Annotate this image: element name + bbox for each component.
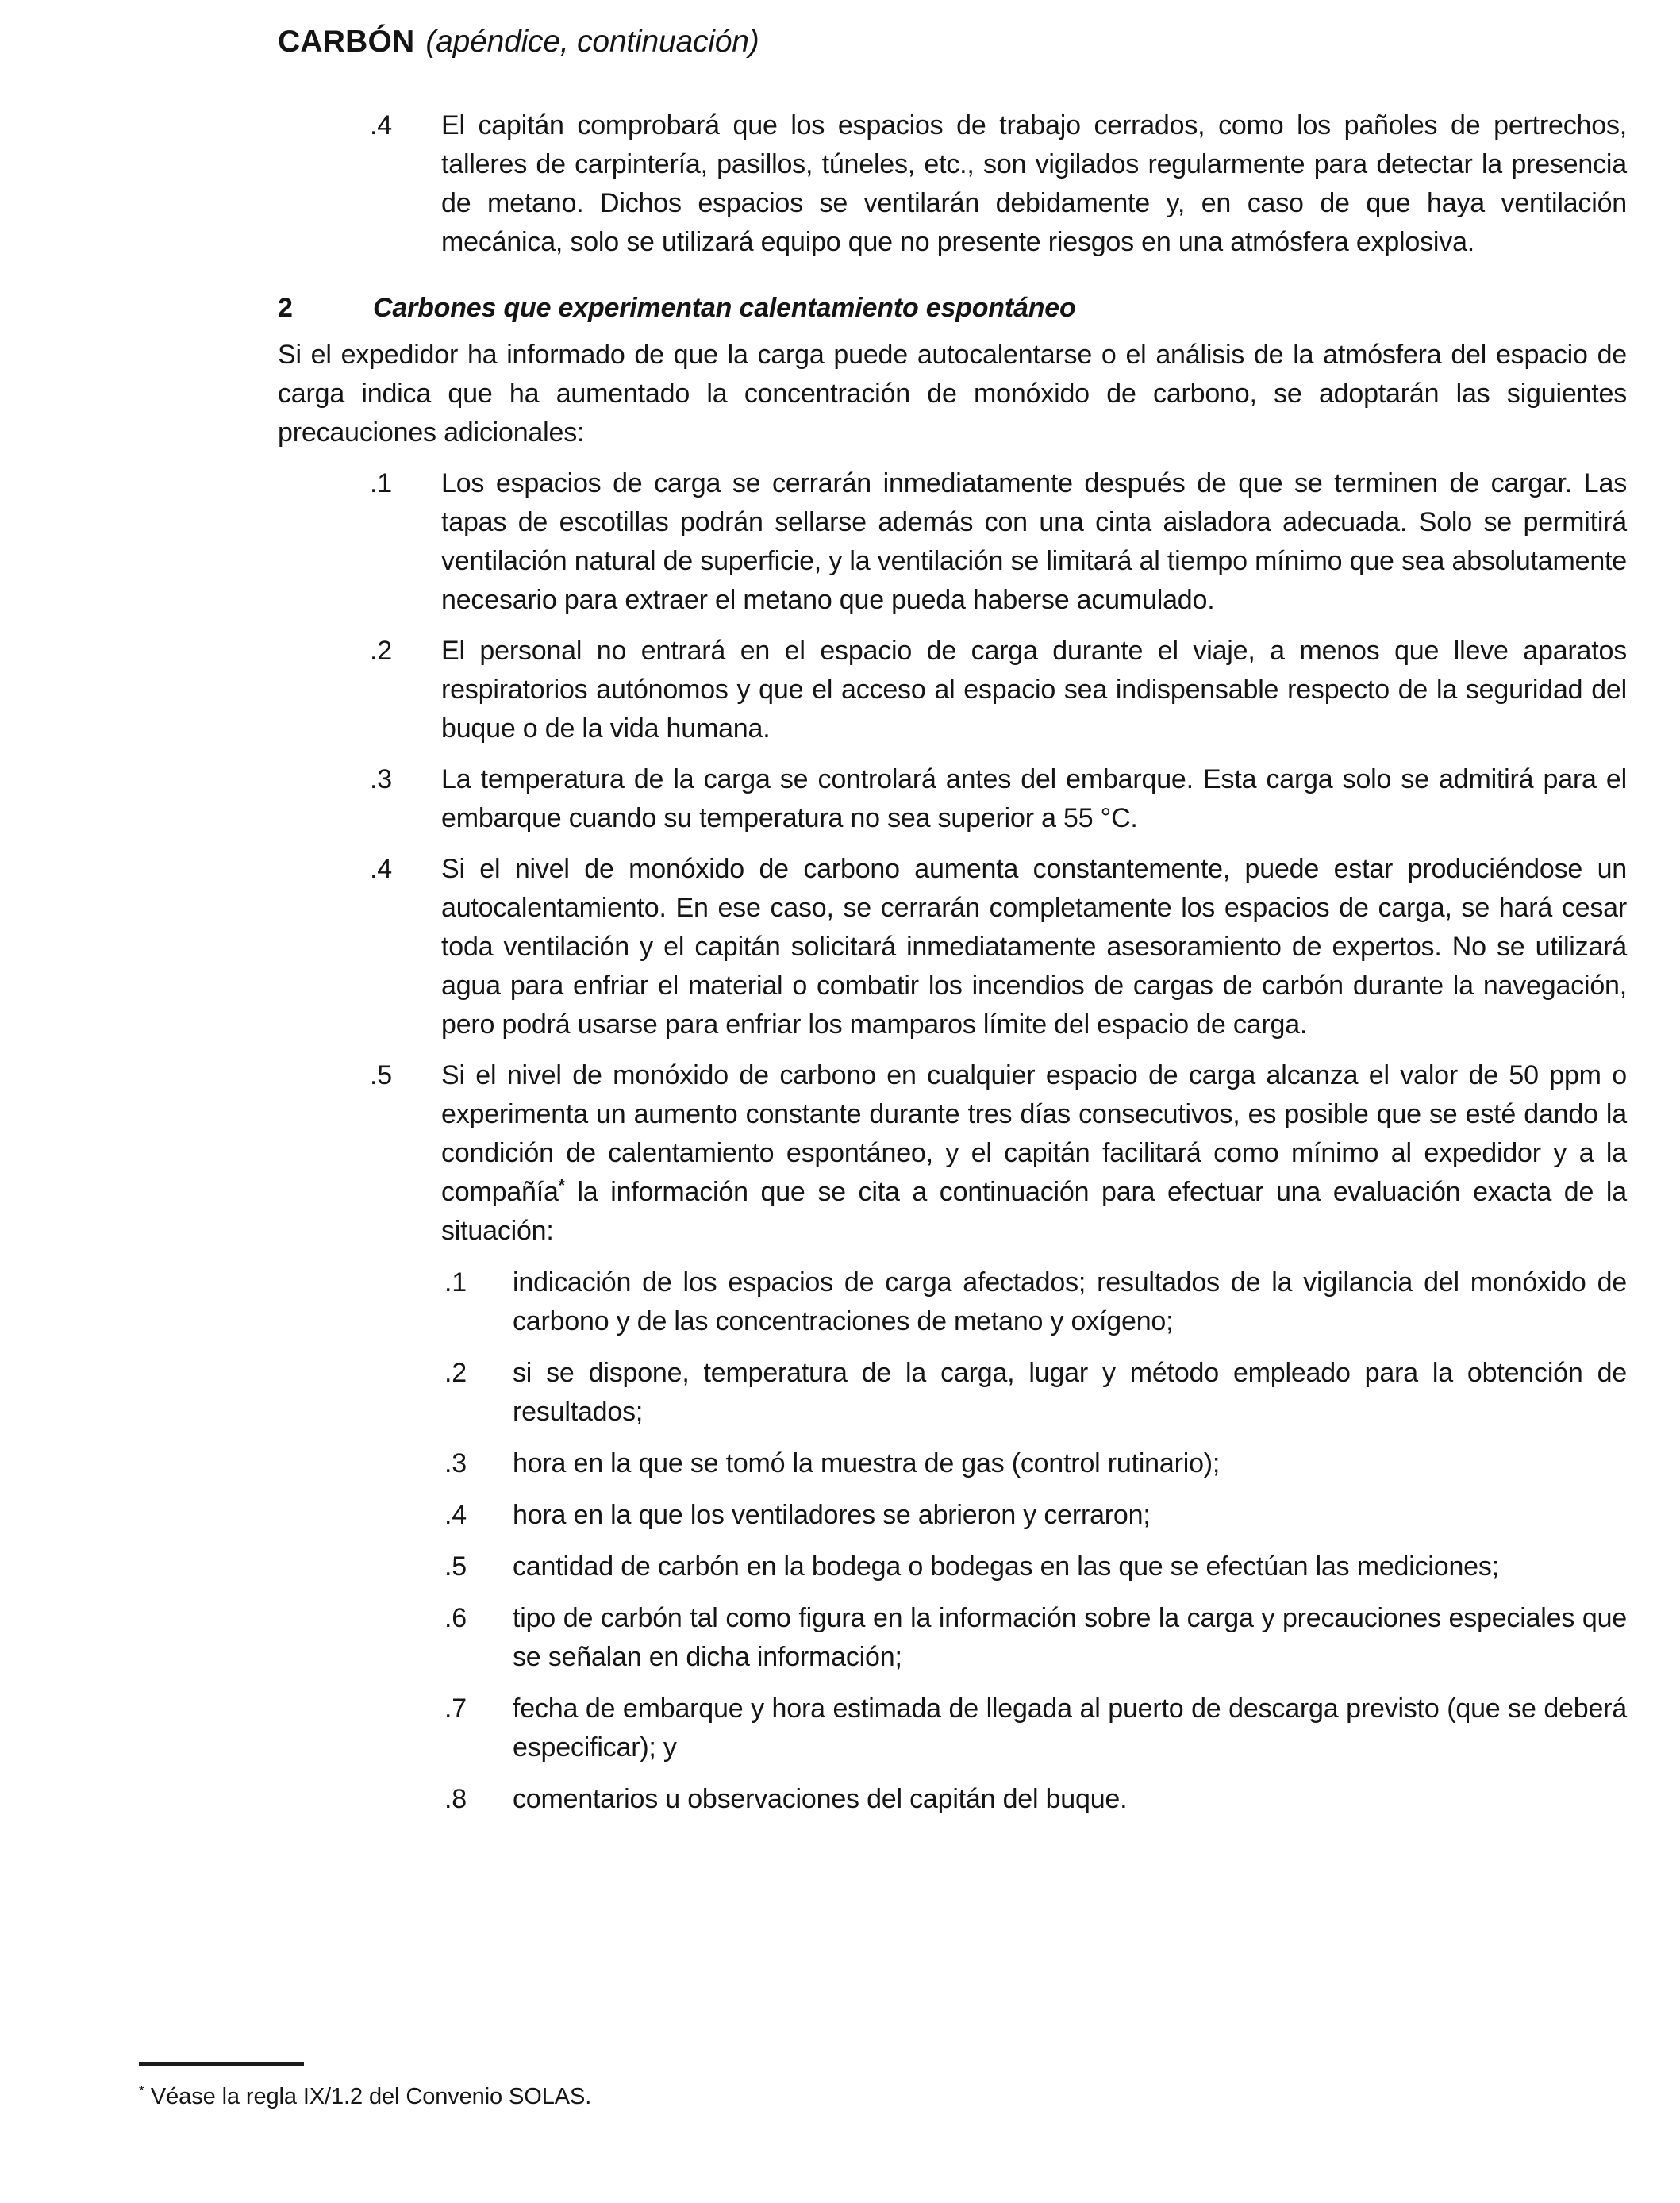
list-item: .4 El capitán comprobará que los espacio… — [278, 106, 1627, 262]
page-title-subtitle: (apéndice, continuación) — [425, 25, 759, 59]
list-item-text: fecha de embarque y hora estimada de lle… — [513, 1694, 1627, 1763]
list-item-text: tipo de carbón tal como figura en la inf… — [513, 1603, 1627, 1672]
list-item-marker: .1 — [444, 1263, 467, 1302]
list-item-text: hora en la que los ventiladores se abrie… — [513, 1500, 1151, 1530]
list-item: .4 hora en la que los ventiladores se ab… — [278, 1496, 1627, 1535]
list-item: .1 Los espacios de carga se cerrarán inm… — [278, 464, 1627, 620]
page-title: CARBÓN(apéndice, continuación) — [278, 21, 1627, 63]
list-item: .4 Si el nivel de monóxido de carbono au… — [278, 850, 1627, 1044]
list-item-marker: .7 — [444, 1690, 467, 1728]
list-item-marker: .5 — [444, 1547, 467, 1586]
footnote-divider — [139, 2062, 304, 2066]
list-item-text: comentarios u observaciones del capitán … — [513, 1784, 1127, 1814]
list-item: .7 fecha de embarque y hora estimada de … — [278, 1690, 1627, 1767]
list-item-marker: .3 — [370, 760, 392, 799]
list-item: .8 comentarios u observaciones del capit… — [278, 1780, 1627, 1819]
list-item-marker: .3 — [444, 1444, 467, 1483]
list-item-text: La temperatura de la carga se controlará… — [441, 764, 1627, 833]
list-item-text: cantidad de carbón en la bodega o bodega… — [513, 1551, 1499, 1582]
list-item-marker: .2 — [444, 1354, 467, 1393]
list-item-text: indicación de los espacios de carga afec… — [513, 1267, 1627, 1336]
list-item-text: hora en la que se tomó la muestra de gas… — [513, 1448, 1220, 1478]
list-item: .5 cantidad de carbón en la bodega o bod… — [278, 1547, 1627, 1586]
list-item: .2 si se dispone, temperatura de la carg… — [278, 1354, 1627, 1432]
page-content: CARBÓN(apéndice, continuación) .4 El cap… — [278, 0, 1627, 1819]
list-item: .2 El personal no entrará en el espacio … — [278, 632, 1627, 748]
list-item-marker: .1 — [370, 464, 392, 503]
list-item: .6 tipo de carbón tal como figura en la … — [278, 1599, 1627, 1677]
list-item-text: si se dispone, temperatura de la carga, … — [513, 1358, 1627, 1427]
list-item: .3 hora en la que se tomó la muestra de … — [278, 1444, 1627, 1483]
list-item-text: Los espacios de carga se cerrarán inmedi… — [441, 468, 1627, 615]
list-item-text-continued: la información que se cita a continuació… — [441, 1177, 1627, 1246]
list-item-text: El personal no entrará en el espacio de … — [441, 636, 1627, 744]
list-item: .1 indicación de los espacios de carga a… — [278, 1263, 1627, 1341]
list-item-marker: .2 — [370, 632, 392, 671]
footnote-line: *Véase la regla IX/1.2 del Convenio SOLA… — [139, 2080, 591, 2113]
footnote-marker-asterisk: * — [139, 2082, 144, 2098]
list-item: .3 La temperatura de la carga se control… — [278, 760, 1627, 838]
list-item-marker: .4 — [370, 106, 392, 145]
footnote-text: Véase la regla IX/1.2 del Convenio SOLAS… — [151, 2084, 591, 2109]
footnote: *Véase la regla IX/1.2 del Convenio SOLA… — [139, 2062, 591, 2113]
list-item-text: Si el nivel de monóxido de carbono aumen… — [441, 854, 1627, 1040]
list-item-marker: .4 — [444, 1496, 467, 1535]
list-item-marker: .5 — [370, 1056, 392, 1095]
page-title-main: CARBÓN — [278, 25, 414, 59]
document-page: CARBÓN(apéndice, continuación) .4 El cap… — [0, 0, 1680, 2203]
list-item: .5 Si el nivel de monóxido de carbono en… — [278, 1056, 1627, 1251]
section-number: 2 — [278, 289, 293, 328]
list-item-marker: .8 — [444, 1780, 467, 1819]
footnote-ref-asterisk: * — [559, 1177, 565, 1195]
list-item-text: El capitán comprobará que los espacios d… — [441, 110, 1627, 257]
section-title: Carbones que experimentan calentamiento … — [373, 293, 1076, 323]
section-heading: 2 Carbones que experimentan calentamient… — [278, 289, 1627, 328]
intro-paragraph: Si el expedidor ha informado de que la c… — [278, 336, 1627, 452]
list-item-marker: .6 — [444, 1599, 467, 1638]
list-item-marker: .4 — [370, 850, 392, 889]
